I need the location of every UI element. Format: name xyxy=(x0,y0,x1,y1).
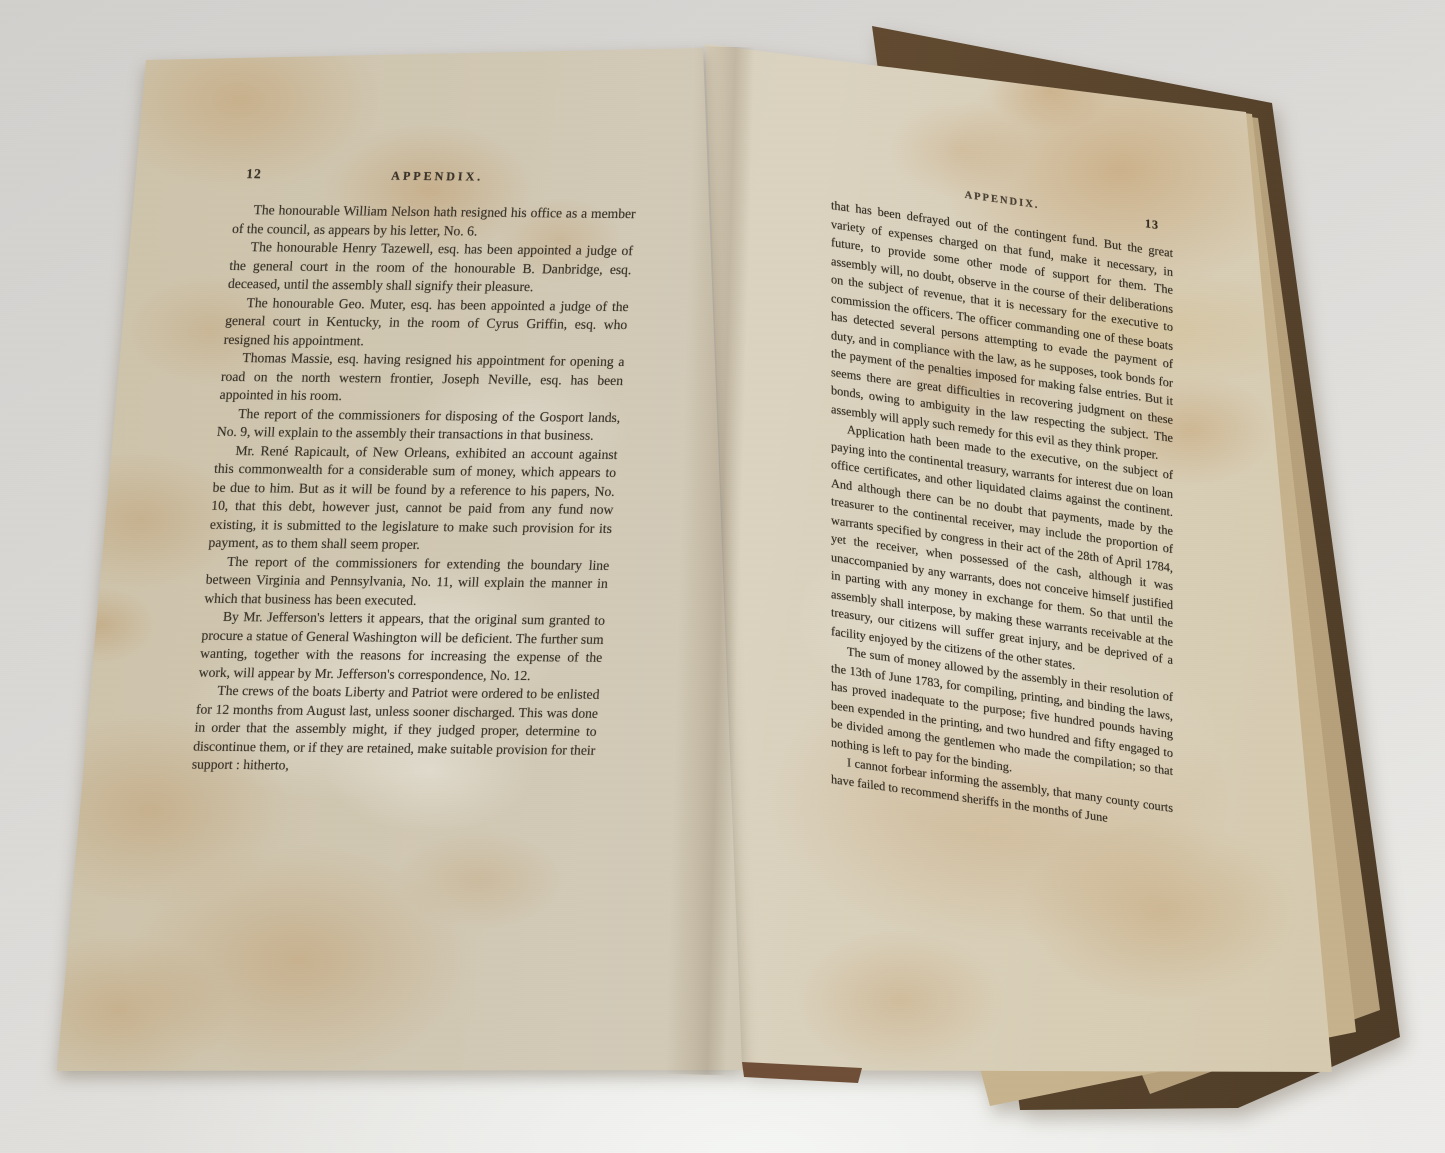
paragraph: Mr. René Rapicault, of New Orleans, exhi… xyxy=(208,441,618,556)
paragraph: The report of the commissioners for disp… xyxy=(216,404,621,445)
paragraph: The honourable William Nelson hath resig… xyxy=(232,201,637,242)
page-number: 13 xyxy=(1145,214,1159,234)
paragraph: The honourable Geo. Muter, esq. has been… xyxy=(223,293,629,353)
running-head: APPENDIX. xyxy=(236,165,639,188)
paragraph: The crews of the boats Liberty and Patri… xyxy=(191,682,600,779)
page-number: 12 xyxy=(246,165,263,184)
right-page-paragraphs: that has been defrayed out of the contin… xyxy=(831,196,1173,836)
paragraph: The honourable Henry Tazewell, esq. has … xyxy=(227,238,633,298)
paragraph: By Mr. Jefferson's letters it appears, t… xyxy=(198,608,606,686)
left-page-text: 12 APPENDIX. The honourable William Nels… xyxy=(191,165,639,778)
photo-of-open-antique-book: 12 APPENDIX. The honourable William Nels… xyxy=(0,0,1445,1153)
paragraph: The report of the commissioners for exte… xyxy=(204,552,610,612)
paragraph: Thomas Massie, esq. having resigned his … xyxy=(219,349,625,409)
right-page-text: APPENDIX. 13 that has been defrayed out … xyxy=(831,168,1173,836)
left-page-paragraphs: The honourable William Nelson hath resig… xyxy=(191,201,636,778)
left-page-header: 12 APPENDIX. xyxy=(236,165,639,186)
